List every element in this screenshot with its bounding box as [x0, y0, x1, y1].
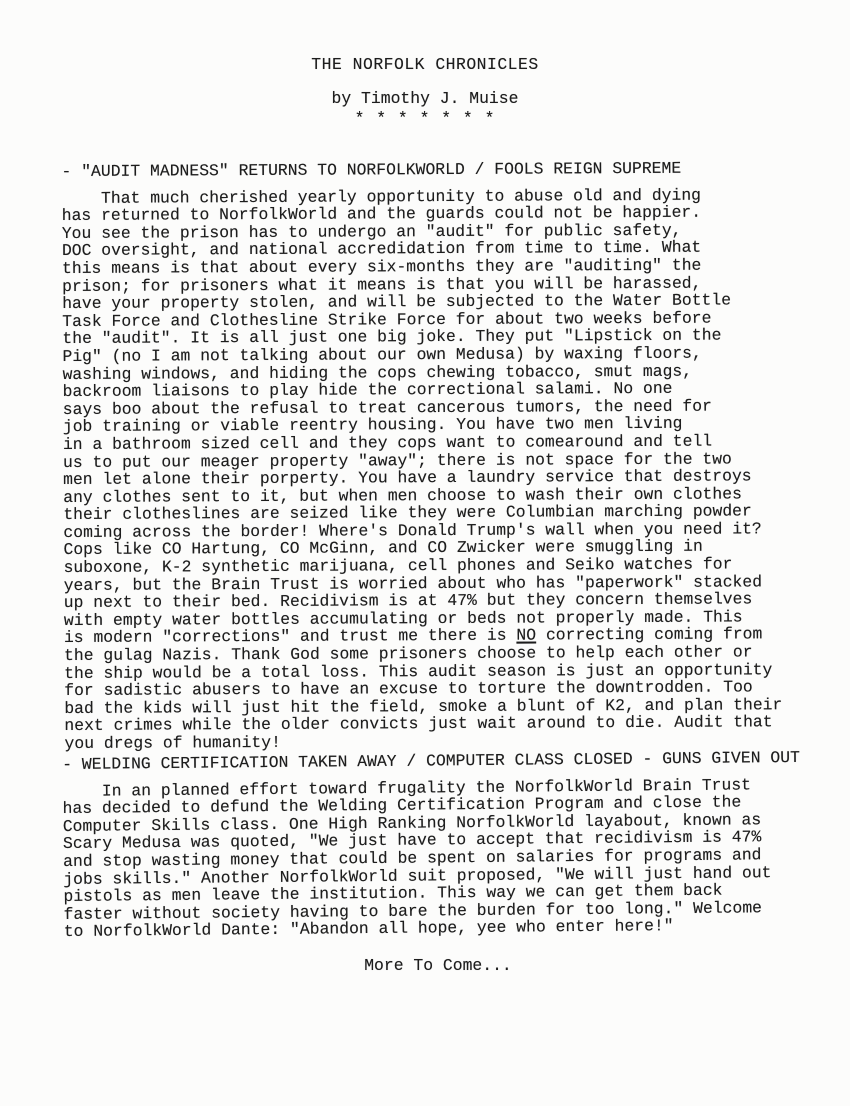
byline: by Timothy J. Muise: [0, 90, 850, 108]
document-title: THE NORFOLK CHRONICLES: [0, 56, 850, 74]
document-header: THE NORFOLK CHRONICLES by Timothy J. Mui…: [0, 0, 850, 128]
document-body: - "AUDIT MADNESS" RETURNS TO NORFOLKWORL…: [63, 163, 813, 975]
article-text-welding-certification: In an planned effort toward frugality th…: [62, 776, 813, 942]
article-text-audit-madness: That much cherished yearly opportunity t…: [62, 185, 815, 752]
article-heading-welding-certification: - WELDING CERTIFICATION TAKEN AWAY / COM…: [62, 749, 812, 774]
article-welding-certification: - WELDING CERTIFICATION TAKEN AWAY / COM…: [62, 749, 814, 941]
document-page: THE NORFOLK CHRONICLES by Timothy J. Mui…: [0, 0, 850, 1106]
footer-note: More To Come...: [63, 957, 813, 975]
asterisk-separator: * * * * * * *: [0, 110, 850, 128]
article-audit-madness: - "AUDIT MADNESS" RETURNS TO NORFOLKWORL…: [61, 159, 814, 753]
article-heading-audit-madness: - "AUDIT MADNESS" RETURNS TO NORFOLKWORL…: [61, 159, 811, 181]
